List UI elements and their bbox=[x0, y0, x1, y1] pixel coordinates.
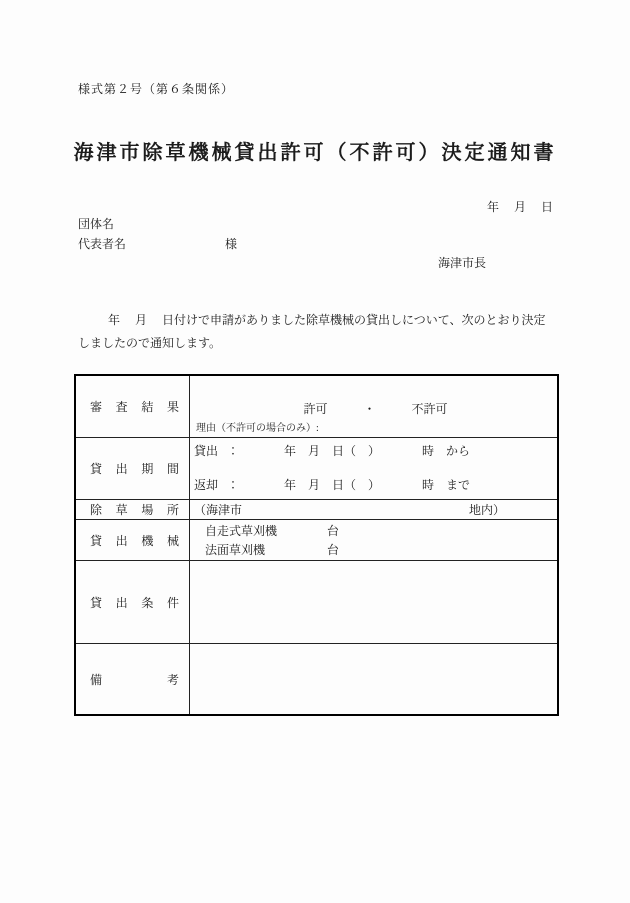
mayor-signature: 海津市長 bbox=[438, 254, 486, 271]
machines-content-cell: 自走式草刈機台 法面草刈機台 bbox=[190, 519, 557, 560]
location-row-label: 除 草 場 所 bbox=[90, 501, 179, 518]
machine-unit: 台 bbox=[327, 543, 339, 557]
decision-table: 審 査 結 果 許可 ・ 不許可 理由（不許可の場合のみ）: 貸 出 期 間 貸… bbox=[74, 374, 559, 716]
machine-item: 法面草刈機台 bbox=[205, 541, 557, 560]
remarks-content-cell bbox=[190, 643, 557, 714]
result-reason-note: 理由（不許可の場合のみ）: bbox=[194, 419, 557, 434]
row-label-cell-conditions: 貸 出 条 件 bbox=[76, 560, 190, 643]
notice-paragraph: 年 月 日付けで申請がありました除草機械の貸出しについて、次のとおり決定しました… bbox=[78, 309, 548, 355]
remarks-row-label: 備 考 bbox=[90, 671, 179, 688]
machine-name: 法面草刈機 bbox=[205, 541, 327, 560]
honorific-sama: 様 bbox=[225, 235, 237, 252]
location-prefix: （海津市 bbox=[194, 501, 242, 518]
period-return-line: 返却 ： 年 月 日（ ） 時 まで bbox=[194, 479, 557, 492]
period-lend-line: 貸出 ： 年 月 日（ ） 時 から bbox=[194, 445, 557, 458]
document-title: 海津市除草機械貸出許可（不許可）決定通知書 bbox=[0, 136, 630, 165]
conditions-row-label: 貸 出 条 件 bbox=[90, 594, 179, 611]
result-options: 許可 ・ 不許可 bbox=[194, 400, 557, 417]
location-content-cell: （海津市 地内） bbox=[190, 499, 557, 519]
machine-item: 自走式草刈機台 bbox=[205, 522, 557, 541]
representative-name-label: 代表者名 bbox=[78, 235, 126, 252]
machines-row-label: 貸 出 機 械 bbox=[90, 532, 179, 549]
period-row-label: 貸 出 期 間 bbox=[90, 460, 179, 477]
row-label-cell-remarks: 備 考 bbox=[76, 643, 190, 714]
organization-name-label: 団体名 bbox=[78, 215, 114, 232]
document-page: 様式第２号（第６条関係） 海津市除草機械貸出許可（不許可）決定通知書 年 月 日… bbox=[0, 0, 630, 903]
row-label-cell-result: 審 査 結 果 bbox=[76, 376, 190, 437]
location-suffix: 地内） bbox=[469, 501, 505, 518]
machine-unit: 台 bbox=[327, 524, 339, 538]
period-content-cell: 貸出 ： 年 月 日（ ） 時 から 返却 ： 年 月 日（ ） 時 まで bbox=[190, 437, 557, 499]
result-row-label: 審 査 結 果 bbox=[90, 398, 179, 415]
row-label-cell-location: 除 草 場 所 bbox=[76, 499, 190, 519]
form-number-note: 様式第２号（第６条関係） bbox=[78, 80, 234, 97]
result-content-cell: 許可 ・ 不許可 理由（不許可の場合のみ）: bbox=[190, 376, 557, 437]
conditions-content-cell bbox=[190, 560, 557, 643]
date-line: 年 月 日 bbox=[487, 198, 553, 215]
machine-name: 自走式草刈機 bbox=[205, 522, 327, 541]
row-label-cell-machines: 貸 出 機 械 bbox=[76, 519, 190, 560]
row-label-cell-period: 貸 出 期 間 bbox=[76, 437, 190, 499]
